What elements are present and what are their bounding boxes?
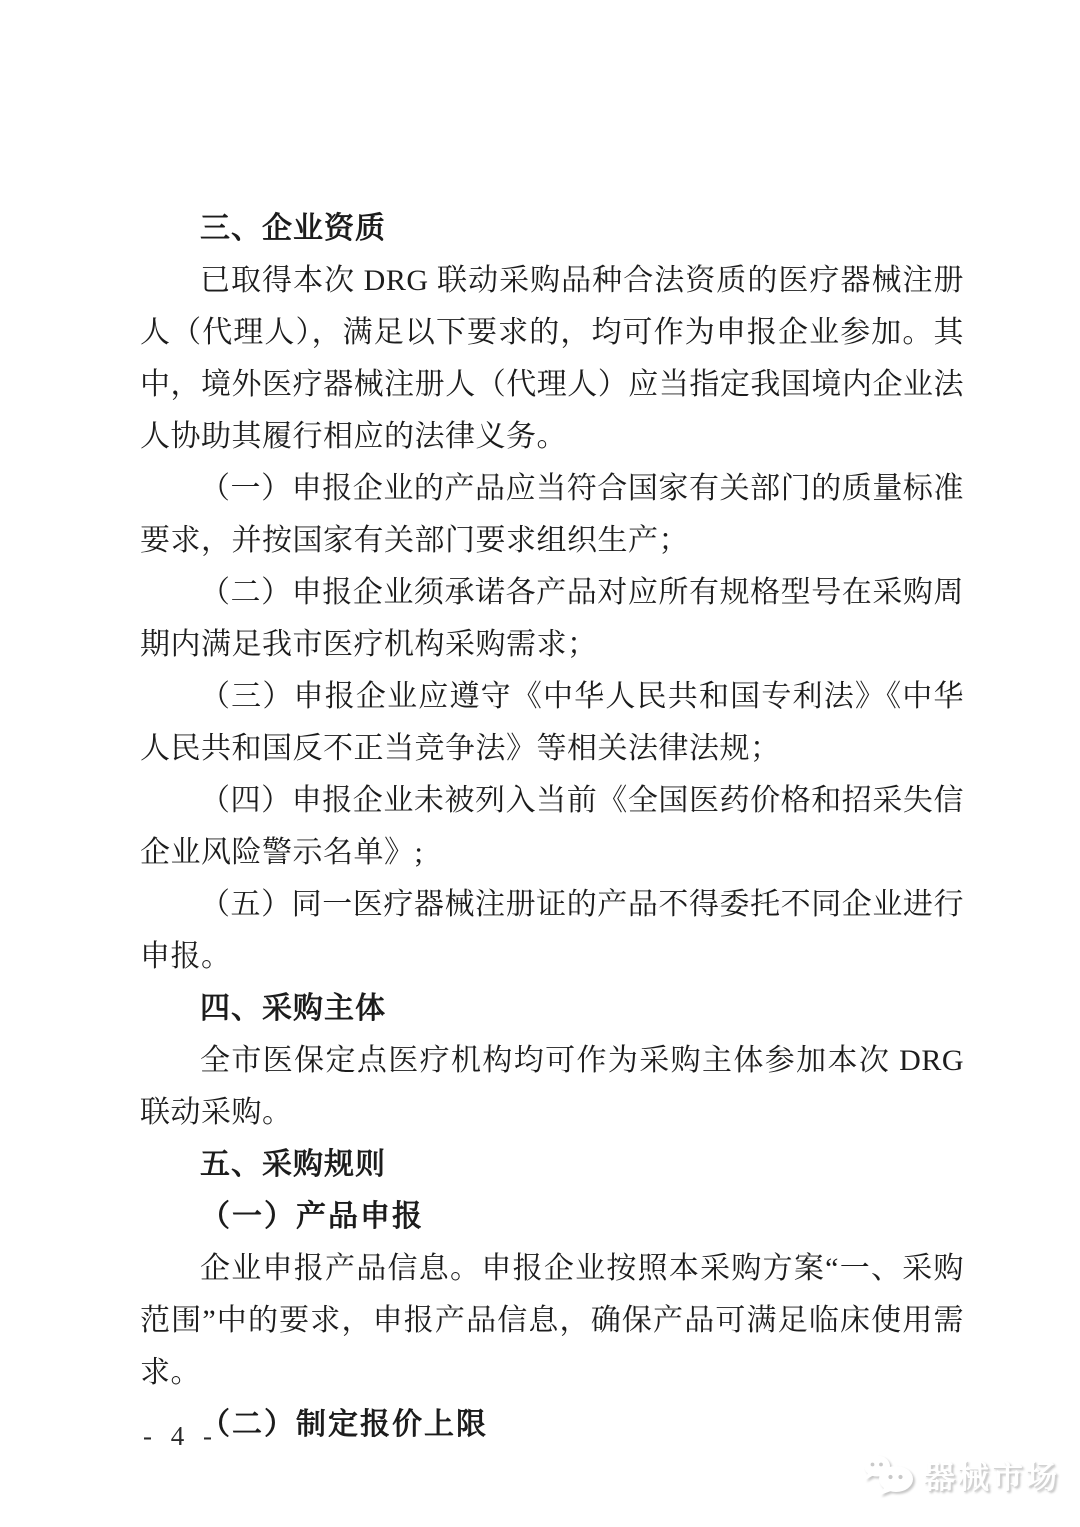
heading-procurement-rules: 五、采购规则	[140, 1139, 964, 1191]
wechat-chat-bubbles-icon	[862, 1454, 916, 1496]
para-qualification-item-1: （一）申报企业的产品应当符合国家有关部门的质量标准要求，并按国家有关部门要求组织…	[140, 463, 964, 567]
para-product-declaration: 企业申报产品信息。申报企业按照本采购方案“一、采购范围”中的要求，申报产品信息，…	[140, 1243, 964, 1399]
page-number: - 4 -	[143, 1421, 218, 1452]
watermark-label: 器械市场	[924, 1452, 1060, 1497]
subheading-product-declaration: （一）产品申报	[140, 1191, 964, 1243]
watermark: 器械市场	[862, 1452, 1060, 1497]
para-qualification-item-3: （三）申报企业应遵守《中华人民共和国专利法》《中华人民共和国反不正当竞争法》等相…	[140, 671, 964, 775]
para-qualification-item-2: （二）申报企业须承诺各产品对应所有规格型号在采购周期内满足我市医疗机构采购需求；	[140, 567, 964, 671]
para-qualification-item-5: （五）同一医疗器械注册证的产品不得委托不同企业进行申报。	[140, 879, 964, 983]
para-qualification-item-4: （四）申报企业未被列入当前《全国医药价格和招采失信企业风险警示名单》;	[140, 775, 964, 879]
para-qualification-intro: 已取得本次 DRG 联动采购品种合法资质的医疗器械注册人（代理人），满足以下要求…	[140, 255, 964, 463]
para-procurement-entities: 全市医保定点医疗机构均可作为采购主体参加本次 DRG 联动采购。	[140, 1035, 964, 1139]
heading-company-qualifications: 三、企业资质	[140, 203, 964, 255]
document-body: 三、企业资质 已取得本次 DRG 联动采购品种合法资质的医疗器械注册人（代理人）…	[140, 203, 964, 1451]
subheading-price-cap: （二）制定报价上限	[140, 1399, 964, 1451]
document-page: 三、企业资质 已取得本次 DRG 联动采购品种合法资质的医疗器械注册人（代理人）…	[0, 0, 1080, 1527]
heading-procurement-entities: 四、采购主体	[140, 983, 964, 1035]
